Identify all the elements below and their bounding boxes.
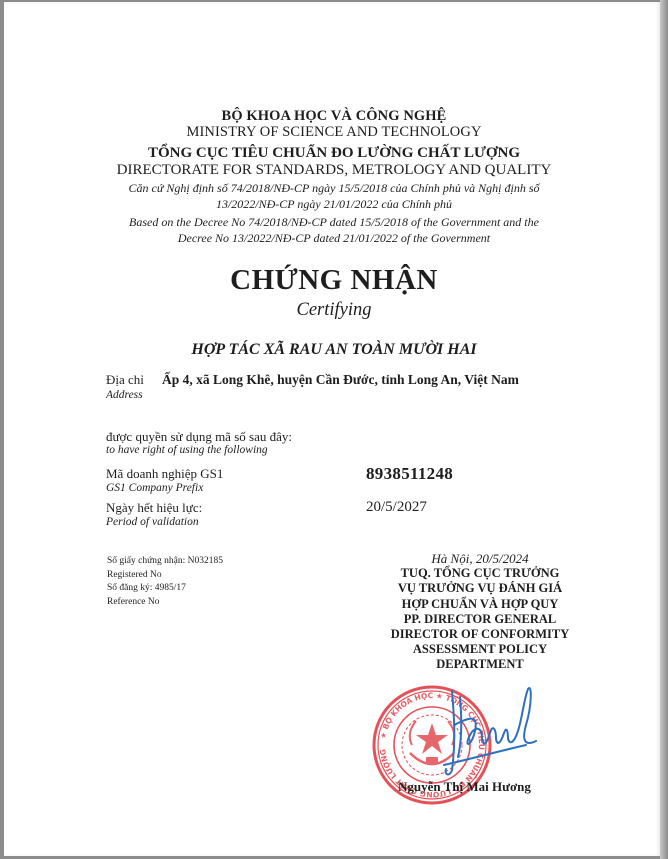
certificate-subtitle: Certifying <box>0 300 668 321</box>
signer-title-line: VỤ TRƯỞNG VỤ ĐÁNH GIÁ <box>370 581 590 596</box>
address-label-vi: Địa chỉ <box>106 372 144 388</box>
directorate-vi: TỔNG CỤC TIÊU CHUẨN ĐO LƯỜNG CHẤT LƯỢNG <box>0 145 668 162</box>
signer-title-line: DEPARTMENT <box>370 657 590 672</box>
signer-title-line: DIRECTOR OF CONFORMITY <box>370 627 590 642</box>
validity-label-vi: Ngày hết hiệu lực: <box>106 500 202 516</box>
gs1-prefix-label-en: GS1 Company Prefix <box>106 482 203 494</box>
reference-no-vi: Số đăng ký: 4985/17 <box>107 582 223 596</box>
certificate-title: CHỨNG NHẬN <box>0 264 668 297</box>
ministry-en: MINISTRY OF SCIENCE AND TECHNOLOGY <box>0 124 668 141</box>
decree-vi-line-2: 13/2022/NĐ-CP ngày 21/01/2022 của Chính … <box>0 197 668 212</box>
handwritten-signature <box>440 685 560 785</box>
signer-name: Nguyễn Thị Mai Hương <box>398 779 531 795</box>
address-label-en: Address <box>106 389 143 401</box>
rights-statement-en: to have right of using the following <box>106 444 268 456</box>
validity-label-en: Period of validation <box>106 516 199 528</box>
signer-title-line: PP. DIRECTOR GENERAL <box>370 612 590 627</box>
decree-vi-line-1: Căn cứ Nghị định số 74/2018/NĐ-CP ngày 1… <box>0 181 668 196</box>
signer-title-line: TUQ. TỔNG CỤC TRƯỞNG <box>370 566 590 581</box>
decree-en-line-2: Decree No 13/2022/NĐ-CP dated 21/01/2022… <box>0 231 668 246</box>
rights-statement-vi: được quyền sử dụng mã số sau đây: <box>106 429 292 445</box>
ministry-vi: BỘ KHOA HỌC VÀ CÔNG NGHỆ <box>0 108 668 125</box>
gs1-prefix-label-vi: Mã doanh nghiệp GS1 <box>106 466 223 482</box>
validity-value: 20/5/2027 <box>366 499 427 516</box>
signer-title-line: ASSESSMENT POLICY <box>370 642 590 657</box>
reference-no-en: Reference No <box>107 596 223 610</box>
directorate-en: DIRECTORATE FOR STANDARDS, METROLOGY AND… <box>0 162 668 179</box>
registered-no-vi: Số giấy chứng nhận: N032185 <box>107 555 223 569</box>
reference-block: Số giấy chứng nhận: N032185 Registered N… <box>107 555 223 609</box>
signer-title-line: HỢP CHUẨN VÀ HỢP QUY <box>370 597 590 612</box>
signature-block: Hà Nội, 20/5/2024 TUQ. TỔNG CỤC TRƯỞNG V… <box>370 551 590 673</box>
gs1-prefix-value: 8938511248 <box>366 464 453 484</box>
registered-no-en: Registered No <box>107 569 223 583</box>
decree-en-line-1: Based on the Decree No 74/2018/NĐ-CP dat… <box>0 215 668 230</box>
organization-name: HỢP TÁC XÃ RAU AN TOÀN MƯỜI HAI <box>0 341 668 359</box>
place-date: Hà Nội, 20/5/2024 <box>370 551 590 566</box>
address-value: Ấp 4, xã Long Khê, huyện Cần Đước, tỉnh … <box>162 372 519 388</box>
